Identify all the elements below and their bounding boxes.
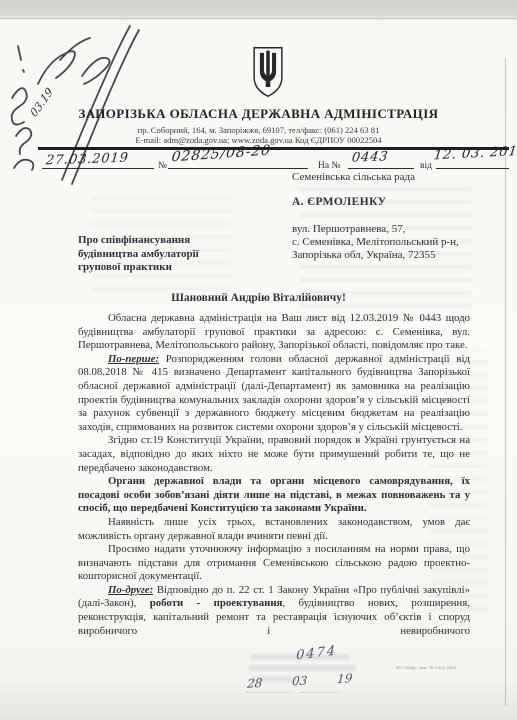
scanned-letter-page: 03.19 ЗАПОРІЗЬКА ОБЛАСНА ДЕРЖАВНА АДМІНІ… (0, 0, 517, 720)
number-label: № (158, 161, 167, 171)
recipient-council: Семенівська сільська рада (292, 171, 415, 183)
stamp-date-handwritten: 28 03 19 (246, 671, 353, 691)
out-date-handwritten: 27.03.2019 (45, 151, 129, 169)
stamp-ghost-line (248, 665, 356, 671)
body-paragraph: Обласна державна адміністрація на Ваш ли… (78, 312, 470, 353)
paper-top-edge (0, 18, 517, 19)
print-order-mark: КП «ЗМД» Зам. № 2343-2000 (396, 666, 456, 671)
stamp-dotted-line (246, 692, 292, 693)
body-paragraph: Органи державної влади та органи місцево… (78, 475, 470, 516)
na-label: На № (318, 161, 341, 171)
letter-body: Обласна державна адміністрація на Ваш ли… (78, 312, 470, 638)
recipient-addressee: А. ЄРМОЛЕНКУ (292, 196, 386, 208)
salutation: Шановний Андрію Віталійовичу! (0, 292, 517, 304)
body-paragraph: По-перше: Розпорядженням голови обласної… (78, 353, 470, 435)
body-paragraph: Просимо надати уточнюючу інформацію з по… (78, 543, 470, 584)
stamp-number-handwritten: 0474 (296, 643, 338, 663)
recipient-address: вул. Першотравнева, 57,с. Семенівка, Мел… (292, 223, 459, 262)
body-paragraph: Згідно ст.19 Конституції України, правов… (78, 434, 470, 475)
vid-label: від (420, 161, 432, 171)
organization-name: ЗАПОРІЗЬКА ОБЛАСНА ДЕРЖАВНА АДМІНІСТРАЦІ… (0, 106, 517, 122)
org-address-line: пр. Соборний, 164, м. Запоріжжя, 69107, … (0, 125, 517, 135)
in-number-handwritten: 0443 (351, 149, 389, 165)
body-paragraph: По-друге: Відповідно до п. 22 ст. 1 Зако… (78, 584, 470, 638)
ukraine-trident-emblem-icon (250, 46, 286, 98)
paper: 03.19 ЗАПОРІЗЬКА ОБЛАСНА ДЕРЖАВНА АДМІНІ… (0, 0, 517, 720)
letter-subject: Про співфінансуваннябудівництва амбулато… (78, 234, 199, 275)
body-paragraph: Наявність лише усіх трьох, встановлених … (78, 516, 470, 543)
stamp-dotted-line (300, 692, 340, 693)
